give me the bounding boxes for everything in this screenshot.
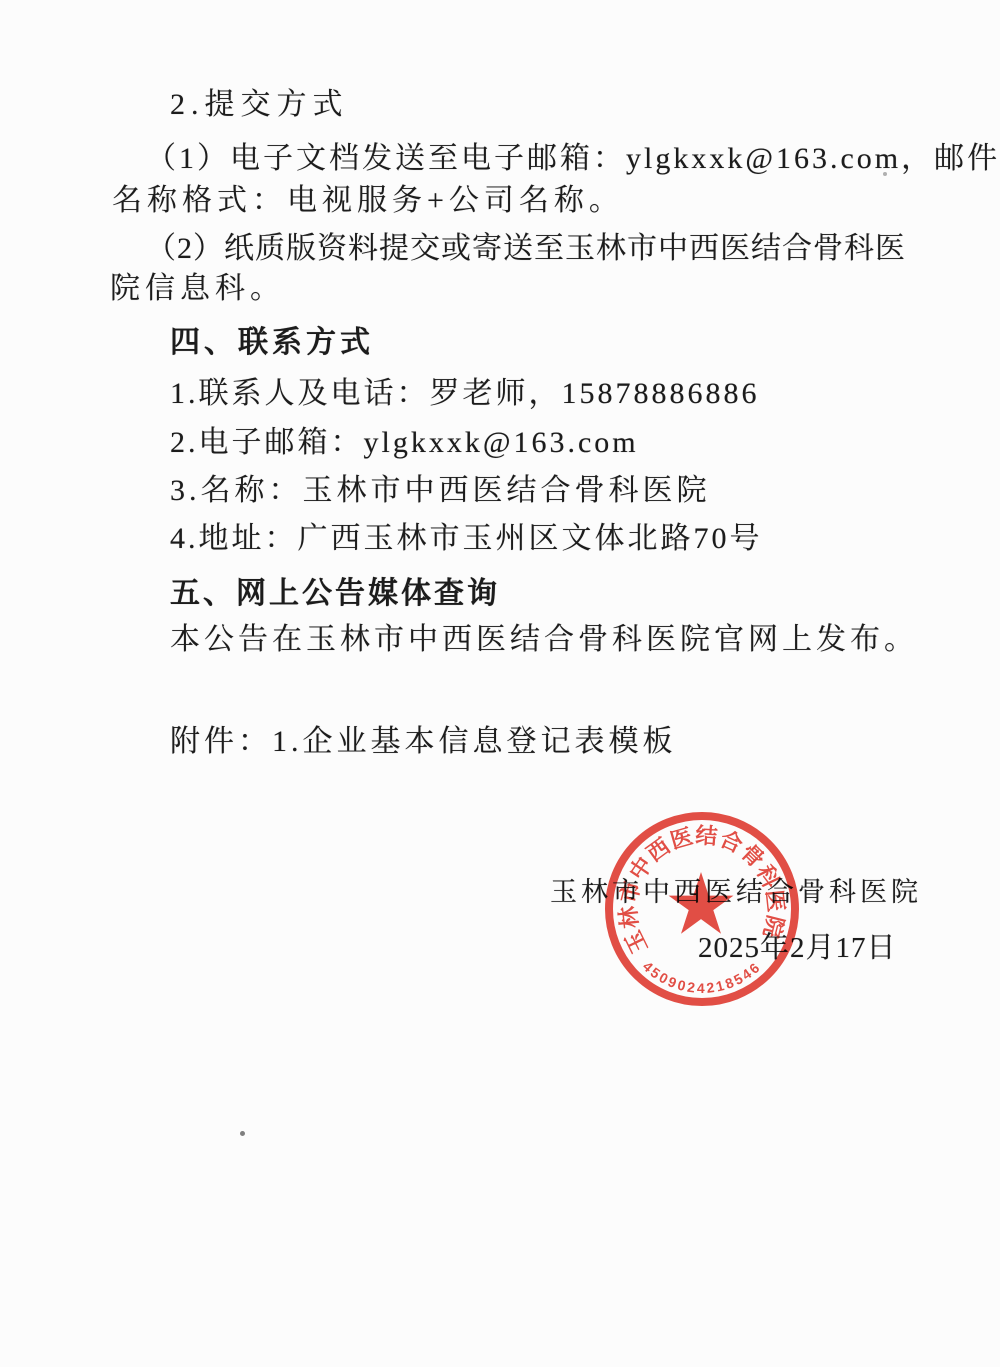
scan-speck [883, 172, 887, 176]
section-heading-contact: 四、联系方式 [170, 326, 374, 361]
paragraph-contact-email: 2.电子邮箱：ylgkxxk@163.com [170, 426, 639, 461]
paragraph-submit-item1-line2: 名称格式：电视服务+公司名称。 [112, 184, 624, 219]
section-heading-online-notice: 五、网上公告媒体查询 [170, 577, 500, 612]
paragraph-submit-item2-line2: 院信息科。 [110, 272, 285, 307]
paragraph-contact-address: 4.地址：广西玉林市玉州区文体北路70号 [170, 522, 763, 557]
paragraph-submit-item2-line1: （2）纸质版资料提交或寄送至玉林市中西医结合骨科医 [146, 232, 906, 267]
paragraph-contact-org-name: 3.名称：玉林市中西医结合骨科医院 [170, 474, 711, 509]
scanned-document-page: 2.提交方式 （1）电子文档发送至电子邮箱：ylgkxxk@163.com，邮件… [0, 0, 1000, 1367]
paragraph-contact-person-phone: 1.联系人及电话：罗老师，15878886886 [170, 377, 760, 412]
paragraph-notice-published: 本公告在玉林市中西医结合骨科医院官网上发布。 [170, 623, 918, 658]
paragraph-attachment: 附件：1.企业基本信息登记表模板 [170, 725, 677, 760]
official-seal: 玉林市中西医结合骨科医院 4509024218546 [587, 794, 817, 1024]
scan-speck [452, 580, 457, 583]
paragraph-submit-method-heading: 2.提交方式 [170, 88, 349, 123]
paragraph-submit-item1-line1: （1）电子文档发送至电子邮箱：ylgkxxk@163.com，邮件 [146, 142, 1000, 177]
scan-speck [240, 1131, 245, 1136]
seal-star-icon [669, 872, 734, 934]
